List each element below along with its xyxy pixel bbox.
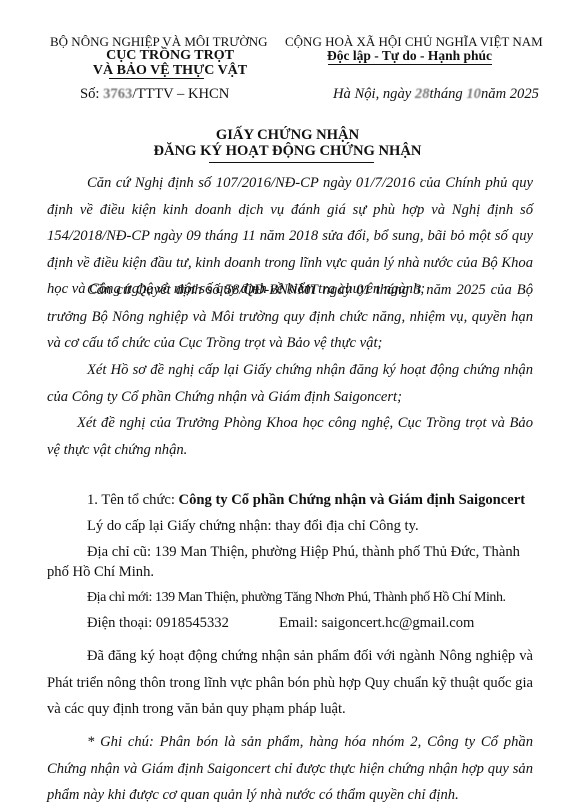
organization-name: Công ty Cổ phần Chứng nhận và Giám định …	[179, 492, 526, 508]
issue-date: Hà Nội, ngày 28tháng 10năm 2025	[333, 86, 539, 103]
phone-number: Điện thoại: 0918545332	[87, 615, 229, 632]
national-motto: Độc lập - Tự do - Hạnh phúc	[327, 48, 492, 64]
department-line1: CỤC TRỒNG TRỌT	[60, 48, 280, 64]
organization-name-row: 1. Tên tổ chức: Công ty Cổ phần Chứng nh…	[87, 492, 525, 509]
reissue-reason: Lý do cấp lại Giấy chứng nhận: thay đổi …	[87, 518, 419, 535]
document-number-value: 3763	[103, 86, 132, 102]
organization-label: 1. Tên tổ chức:	[87, 492, 179, 508]
new-address: Địa chỉ mới: 139 Man Thiện, phường Tăng …	[87, 590, 506, 606]
certificate-subtitle: ĐĂNG KÝ HOẠT ĐỘNG CHỨNG NHẬN	[0, 143, 575, 160]
title-underline	[209, 162, 374, 163]
preamble-dossier: Xét Hồ sơ đề nghị cấp lại Giấy chứng nhậ…	[47, 357, 533, 410]
email-address: Email: saigoncert.hc@gmail.com	[279, 615, 474, 632]
certification-note: * Ghi chú: Phân bón là sản phẩm, hàng hó…	[47, 729, 533, 809]
date-year: năm 2025	[481, 86, 539, 102]
old-address-line2: phố Hồ Chí Minh.	[47, 564, 154, 581]
motto-underline	[328, 64, 492, 65]
date-prefix: Hà Nội, ngày	[333, 86, 415, 102]
old-address-line1: Địa chỉ cũ: 139 Man Thiện, phường Hiệp P…	[87, 544, 520, 561]
date-day: 28	[415, 86, 430, 102]
certificate-title: GIẤY CHỨNG NHẬN	[0, 127, 575, 144]
preamble-proposal: Xét đề nghị của Trưởng Phòng Khoa học cô…	[47, 410, 533, 463]
date-month: 10	[466, 86, 481, 102]
preamble-decision-58: Căn cứ Quyết định số 58/QĐ-BNNMT ngày 01…	[47, 277, 533, 357]
document-number: Số: 3763/TTTV – KHCN	[80, 86, 229, 103]
department-line2: VÀ BẢO VỆ THỰC VẬT	[60, 63, 280, 79]
document-number-prefix: Số:	[80, 86, 103, 102]
date-month-label: tháng	[429, 86, 466, 102]
certification-scope: Đã đăng ký hoạt động chứng nhận sản phẩm…	[47, 643, 533, 723]
document-number-suffix: /TTTV – KHCN	[132, 86, 229, 102]
department-underline	[109, 78, 204, 79]
